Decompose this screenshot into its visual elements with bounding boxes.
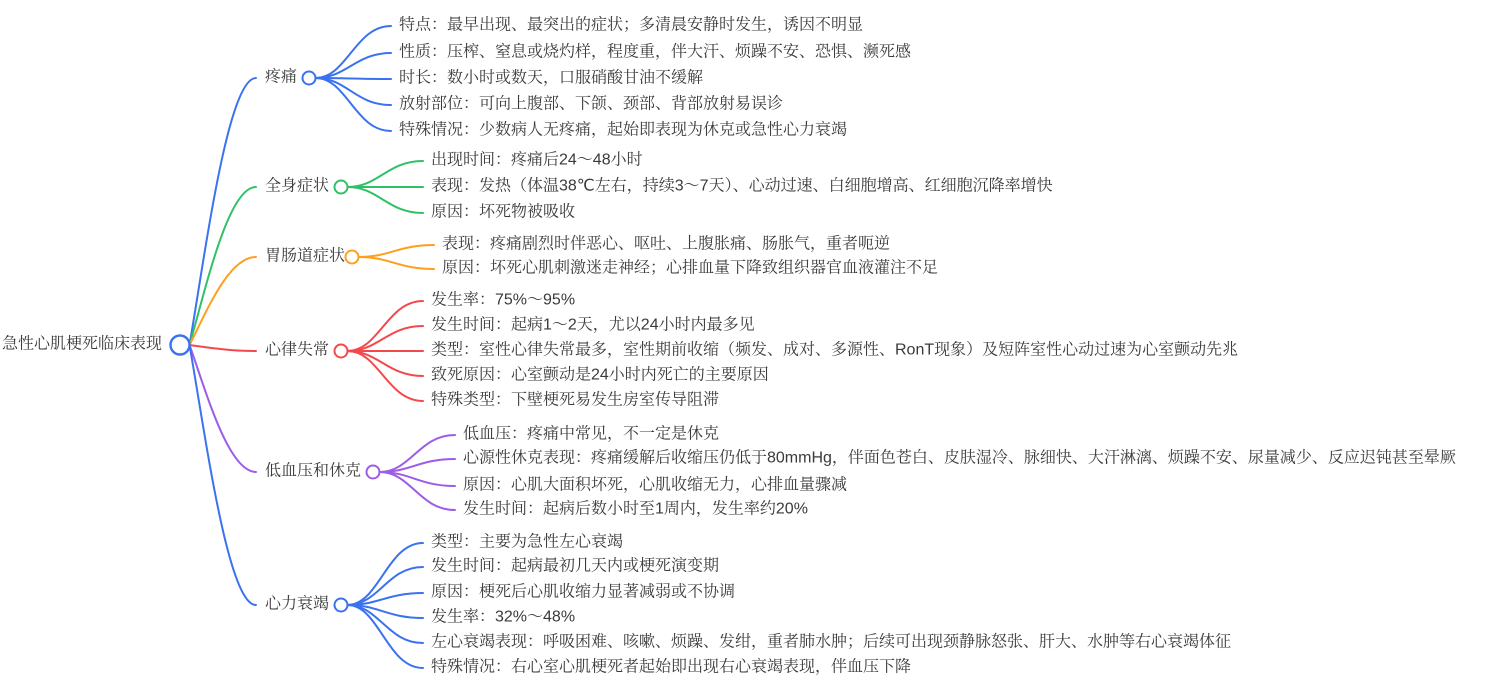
leaf-node-hypotension-shock-0[interactable]: 低血压：疼痛中常见，不一定是休克: [463, 425, 719, 445]
branch-node-systemic-symptoms[interactable]: 全身症状: [265, 177, 329, 197]
leaf-node-pain-2[interactable]: 时长：数小时或数天，口服硝酸甘油不缓解: [399, 69, 703, 89]
leaf-node-pain-0[interactable]: 特点：最早出现、最突出的症状；多清晨安静时发生，诱因不明显: [399, 16, 863, 36]
root-node[interactable]: 急性心肌梗死临床表现: [2, 335, 162, 355]
root-collapse-handle[interactable]: [171, 336, 190, 355]
edge-systemic-symptoms-leaf: [348, 187, 424, 213]
collapse-handle-gi-symptoms[interactable]: [346, 251, 359, 264]
edge-heart-failure-leaf: [348, 605, 424, 668]
leaf-node-systemic-symptoms-1[interactable]: 表现：发热（体温38℃左右，持续3～7天）、心动过速、白细胞增高、红细胞沉降率增…: [431, 177, 1053, 197]
edge-pain-leaf: [316, 26, 392, 78]
leaf-node-gi-symptoms-0[interactable]: 表现：疼痛剧烈时伴恶心、呕吐、上腹胀痛、肠胀气，重者呃逆: [442, 235, 890, 255]
leaf-node-hypotension-shock-2[interactable]: 原因：心肌大面积坏死，心肌收缩无力，心排血量骤减: [463, 476, 847, 496]
branch-node-gi-symptoms[interactable]: 胃肠道症状: [265, 247, 345, 267]
edge-heart-failure-leaf: [348, 543, 424, 605]
collapse-handle-heart-failure[interactable]: [335, 599, 348, 612]
leaf-node-systemic-symptoms-0[interactable]: 出现时间：疼痛后24～48小时: [431, 151, 643, 171]
leaf-node-arrhythmia-3[interactable]: 致死原因：心室颤动是24小时内死亡的主要原因: [431, 366, 769, 386]
leaf-node-systemic-symptoms-2[interactable]: 原因：坏死物被吸收: [431, 203, 575, 223]
leaf-node-pain-3[interactable]: 放射部位：可向上腹部、下颌、颈部、背部放射易误诊: [399, 95, 783, 115]
edge-arrhythmia-leaf: [348, 351, 424, 376]
edge-pain-leaf: [316, 53, 392, 78]
collapse-handle-arrhythmia[interactable]: [335, 345, 348, 358]
mindmap-canvas: 急性心肌梗死临床表现疼痛特点：最早出现、最突出的症状；多清晨安静时发生，诱因不明…: [0, 0, 1491, 696]
edge-gi-symptoms-leaf: [359, 245, 435, 257]
edge-arrhythmia-leaf: [348, 326, 424, 351]
edge-root-to-pain: [190, 78, 257, 345]
leaf-node-arrhythmia-4[interactable]: 特殊类型：下壁梗死易发生房室传导阻滞: [431, 391, 719, 411]
edge-hypotension-shock-leaf: [380, 472, 456, 510]
edge-root-to-heart-failure: [190, 345, 257, 605]
collapse-handle-hypotension-shock[interactable]: [367, 466, 380, 479]
edge-hypotension-shock-leaf: [380, 435, 456, 472]
branch-node-heart-failure[interactable]: 心力衰竭: [265, 595, 329, 615]
leaf-node-arrhythmia-0[interactable]: 发生率：75%～95%: [431, 291, 575, 311]
leaf-node-heart-failure-3[interactable]: 发生率：32%～48%: [431, 608, 575, 628]
leaf-node-heart-failure-5[interactable]: 特殊情况：右心室心肌梗死者起始即出现右心衰竭表现，伴血压下降: [431, 658, 911, 678]
branch-node-pain[interactable]: 疼痛: [265, 68, 297, 88]
leaf-node-pain-4[interactable]: 特殊情况：少数病人无疼痛，起始即表现为休克或急性心力衰竭: [399, 121, 847, 141]
leaf-node-heart-failure-0[interactable]: 类型：主要为急性左心衰竭: [431, 533, 623, 553]
leaf-node-heart-failure-4[interactable]: 左心衰竭表现：呼吸困难、咳嗽、烦躁、发绀，重者肺水肿；后续可出现颈静脉怒张、肝大…: [431, 633, 1231, 653]
leaf-node-arrhythmia-2[interactable]: 类型：室性心律失常最多，室性期前收缩（频发、成对、多源性、RonT现象）及短阵室…: [431, 341, 1238, 361]
edge-root-to-systemic-symptoms: [190, 187, 257, 345]
leaf-node-gi-symptoms-1[interactable]: 原因：坏死心肌刺激迷走神经；心排血量下降致组织器官血液灌注不足: [442, 259, 938, 279]
leaf-node-hypotension-shock-3[interactable]: 发生时间：起病后数小时至1周内，发生率约20%: [463, 500, 808, 520]
branch-node-arrhythmia[interactable]: 心律失常: [265, 341, 329, 361]
edge-root-to-gi-symptoms: [190, 257, 257, 345]
edge-gi-symptoms-leaf: [359, 257, 435, 269]
edge-pain-leaf: [316, 78, 392, 105]
collapse-handle-pain[interactable]: [303, 72, 316, 85]
leaf-node-hypotension-shock-1[interactable]: 心源性休克表现：疼痛缓解后收缩压仍低于80mmHg，伴面色苍白、皮肤湿冷、脉细快…: [463, 449, 1456, 469]
leaf-node-pain-1[interactable]: 性质：压榨、窒息或烧灼样，程度重，伴大汗、烦躁不安、恐惧、濒死感: [399, 43, 911, 63]
leaf-node-heart-failure-2[interactable]: 原因：梗死后心肌收缩力显著减弱或不协调: [431, 583, 735, 603]
edge-systemic-symptoms-leaf: [348, 161, 424, 187]
leaf-node-heart-failure-1[interactable]: 发生时间：起病最初几天内或梗死演变期: [431, 557, 719, 577]
edge-root-to-arrhythmia: [190, 345, 257, 351]
branch-node-hypotension-shock[interactable]: 低血压和休克: [265, 462, 361, 482]
collapse-handle-systemic-symptoms[interactable]: [335, 181, 348, 194]
leaf-node-arrhythmia-1[interactable]: 发生时间：起病1～2天，尤以24小时内最多见: [431, 316, 755, 336]
